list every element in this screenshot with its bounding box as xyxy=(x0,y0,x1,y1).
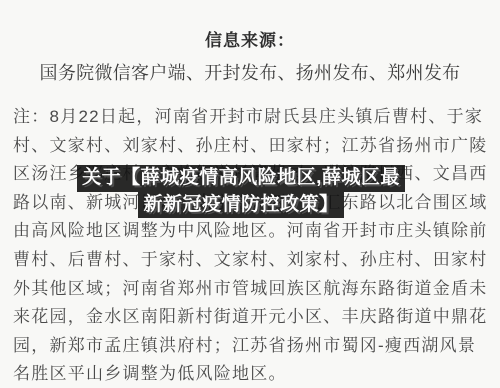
notice-line-1: 注：8月22日起，河南省开封市尉氏县庄头镇后曹村、于家 xyxy=(13,103,489,132)
overlay-title-line2: 新新冠疫情防控政策】 xyxy=(138,192,343,219)
overlay-title-row-1: 关于【薛城疫情高风险地区,薛城区最 xyxy=(0,165,491,192)
notice-line-2: 村、文家村、刘家村、孙庄村、田家村；江苏省扬州市广陵 xyxy=(13,132,489,161)
notice-line-10: 名胜区平山乡调整为低风险地区。 xyxy=(13,360,489,388)
notice-body: 注：8月22日起，河南省开封市尉氏县庄头镇后曹村、于家 村、文家村、刘家村、孙庄… xyxy=(13,103,489,388)
notice-line-6: 曹村、后曹村、于家村、文家村、刘家村、孙庄村、田家村 xyxy=(13,246,489,275)
notice-line-9: 园，新郑市孟庄镇洪府村；江苏省扬州市蜀冈-瘦西湖风景 xyxy=(13,332,489,361)
info-source-list: 国务院微信客户端、开封发布、扬州发布、郑州发布 xyxy=(0,59,500,85)
overlay-title-line1: 关于【薛城疫情高风险地区,薛城区最 xyxy=(77,165,405,192)
overlay-title-row-2: 新新冠疫情防控政策】 xyxy=(0,192,491,219)
notice-image: 信息来源： 国务院微信客户端、开封发布、扬州发布、郑州发布 注：8月22日起，河… xyxy=(0,0,500,388)
overlay-title-banner: 关于【薛城疫情高风险地区,薛城区最 新新冠疫情防控政策】 xyxy=(0,165,491,218)
notice-line-5: 由高风险地区调整为中风险地区。河南省开封市庄头镇除前 xyxy=(13,217,489,246)
info-source-heading: 信息来源： xyxy=(0,26,500,51)
notice-line-8: 来花园，金水区南阳新村街道开元小区、丰庆路街道中鼎花 xyxy=(13,303,489,332)
notice-line-7: 外其他区域；河南省郑州市管城回族区航海东路街道金盾未 xyxy=(13,275,489,304)
